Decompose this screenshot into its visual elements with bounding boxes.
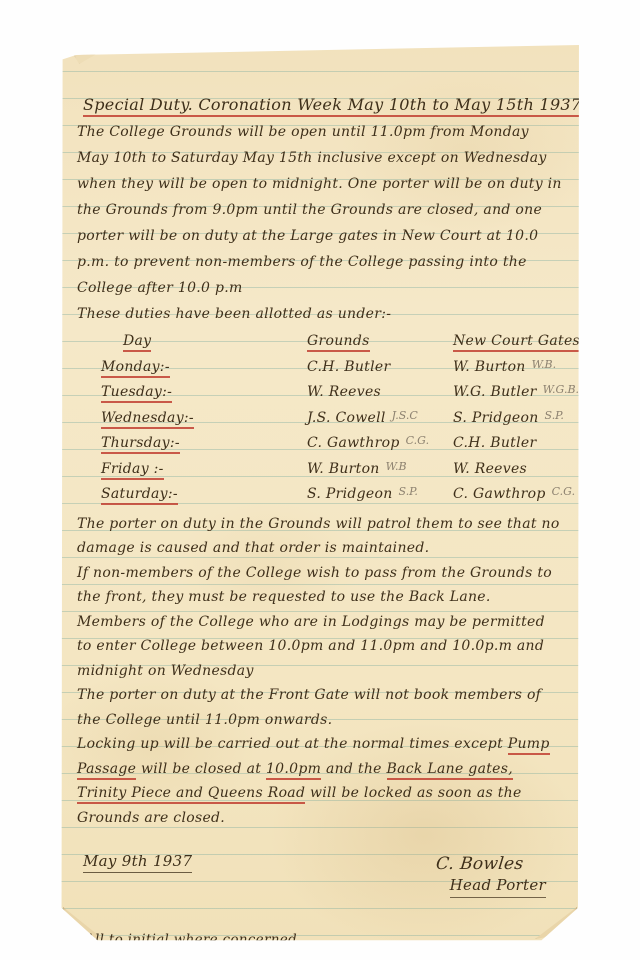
document-title: Special Duty. Coronation Week May 10th t…	[83, 91, 564, 119]
locking-text: will be closed at	[136, 761, 266, 777]
signature-role: Head Porter	[450, 876, 546, 898]
grounds-name: C.H. Butler	[307, 359, 390, 375]
grounds-initials: J.S.C	[392, 409, 418, 422]
locking-time: 10.0pm	[266, 761, 321, 780]
paragraph-patrol: The porter on duty in the Grounds will p…	[77, 512, 564, 561]
signature-block: C. Bowles Head Porter	[436, 852, 546, 898]
table-row-thursday: Thursday:- C. GawthropC.G. C.H. Butler	[77, 431, 564, 457]
day-text: Thursday:-	[101, 435, 180, 454]
day-label: Tuesday:-	[77, 380, 307, 406]
signature: C. Bowles	[434, 852, 547, 876]
grounds-cell: C.H. Butler	[307, 355, 453, 381]
paragraph-non-members: If non-members of the College wish to pa…	[77, 561, 564, 610]
table-row-tuesday: Tuesday:- W. Reeves W.G. ButlerW.G.B.	[77, 380, 564, 406]
gates-name: S. Pridgeon	[453, 410, 539, 426]
duties-intro-line: These duties have been allotted as under…	[77, 301, 564, 327]
gates-cell: C.H. Butler	[453, 431, 564, 457]
day-text: Tuesday:-	[101, 384, 172, 403]
table-row-saturday: Saturday:- S. PridgeonS.P. C. GawthropC.…	[77, 482, 564, 508]
document-title-text: Special Duty. Coronation Week May 10th t…	[83, 95, 581, 117]
gates-cell: W. Reeves	[453, 457, 564, 483]
grounds-initials: S.P.	[399, 485, 418, 498]
grounds-cell: W. Reeves	[307, 380, 453, 406]
grounds-cell: J.S. CowellJ.S.C	[307, 406, 453, 432]
day-label: Thursday:-	[77, 431, 307, 457]
locking-text: Locking up will be carried out at the no…	[77, 736, 508, 752]
document-page: Special Duty. Coronation Week May 10th t…	[60, 45, 580, 942]
table-row-wednesday: Wednesday:- J.S. CowellJ.S.C S. Pridgeon…	[77, 406, 564, 432]
grounds-initials: W.B	[386, 460, 407, 473]
document-date: May 9th 1937	[83, 852, 192, 873]
day-text: Monday:-	[101, 359, 170, 378]
header-grounds-text: Grounds	[307, 333, 370, 352]
table-row-friday: Friday :- W. BurtonW.B W. Reeves	[77, 457, 564, 483]
gates-initials: W.B.	[532, 358, 556, 371]
gates-cell: W. BurtonW.B.	[453, 355, 564, 381]
day-label: Friday :-	[77, 457, 307, 483]
footer: May 9th 1937 C. Bowles Head Porter	[83, 852, 560, 898]
day-label: Wednesday:-	[77, 406, 307, 432]
grounds-name: J.S. Cowell	[307, 410, 386, 426]
initial-note: All to initial where concerned	[85, 932, 297, 952]
gates-cell: S. PridgeonS.P.	[453, 406, 564, 432]
scan-background: Special Duty. Coronation Week May 10th t…	[0, 0, 640, 960]
gates-name: C. Gawthrop	[453, 486, 546, 502]
gates-cell: W.G. ButlerW.G.B.	[453, 380, 579, 406]
header-gates: New Court Gates	[453, 329, 580, 355]
header-day: Day	[77, 329, 307, 355]
grounds-cell: W. BurtonW.B	[307, 457, 453, 483]
gates-name: W. Burton	[453, 359, 526, 375]
header-grounds: Grounds	[307, 329, 453, 355]
gates-name: W. Reeves	[453, 461, 527, 477]
header-day-text: Day	[123, 333, 151, 352]
gates-name: W.G. Butler	[453, 384, 537, 400]
grounds-initials: C.G.	[406, 434, 429, 447]
day-label: Monday:-	[77, 355, 307, 381]
gates-initials: S.P.	[545, 409, 564, 422]
locking-text: and the	[321, 761, 386, 777]
gates-cell: C. GawthropC.G.	[453, 482, 575, 508]
grounds-name: C. Gawthrop	[307, 435, 400, 451]
paragraph-front-gate: The porter on duty at the Front Gate wil…	[77, 683, 564, 732]
grounds-name: W. Reeves	[307, 384, 381, 400]
grounds-cell: S. PridgeonS.P.	[307, 482, 453, 508]
grounds-name: W. Burton	[307, 461, 380, 477]
grounds-name: S. Pridgeon	[307, 486, 393, 502]
paragraph-locking-up: Locking up will be carried out at the no…	[77, 732, 564, 830]
gates-name: C.H. Butler	[453, 435, 536, 451]
table-header-row: Day Grounds New Court Gates	[77, 329, 564, 355]
day-text: Friday :-	[101, 461, 164, 480]
paragraph-lodgings: Members of the College who are in Lodgin…	[77, 610, 564, 684]
document-content: Special Duty. Coronation Week May 10th t…	[60, 45, 580, 942]
day-label: Saturday:-	[77, 482, 307, 508]
intro-paragraph: The College Grounds will be open until 1…	[77, 119, 564, 301]
day-text: Saturday:-	[101, 486, 178, 505]
grounds-cell: C. GawthropC.G.	[307, 431, 453, 457]
header-gates-text: New Court Gates	[453, 333, 580, 352]
duty-roster-table: Day Grounds New Court Gates Monday:- C.H…	[77, 329, 564, 508]
day-text: Wednesday:-	[101, 410, 194, 429]
gates-initials: W.G.B.	[543, 383, 579, 396]
table-row-monday: Monday:- C.H. Butler W. BurtonW.B.	[77, 355, 564, 381]
gates-initials: C.G.	[552, 485, 575, 498]
